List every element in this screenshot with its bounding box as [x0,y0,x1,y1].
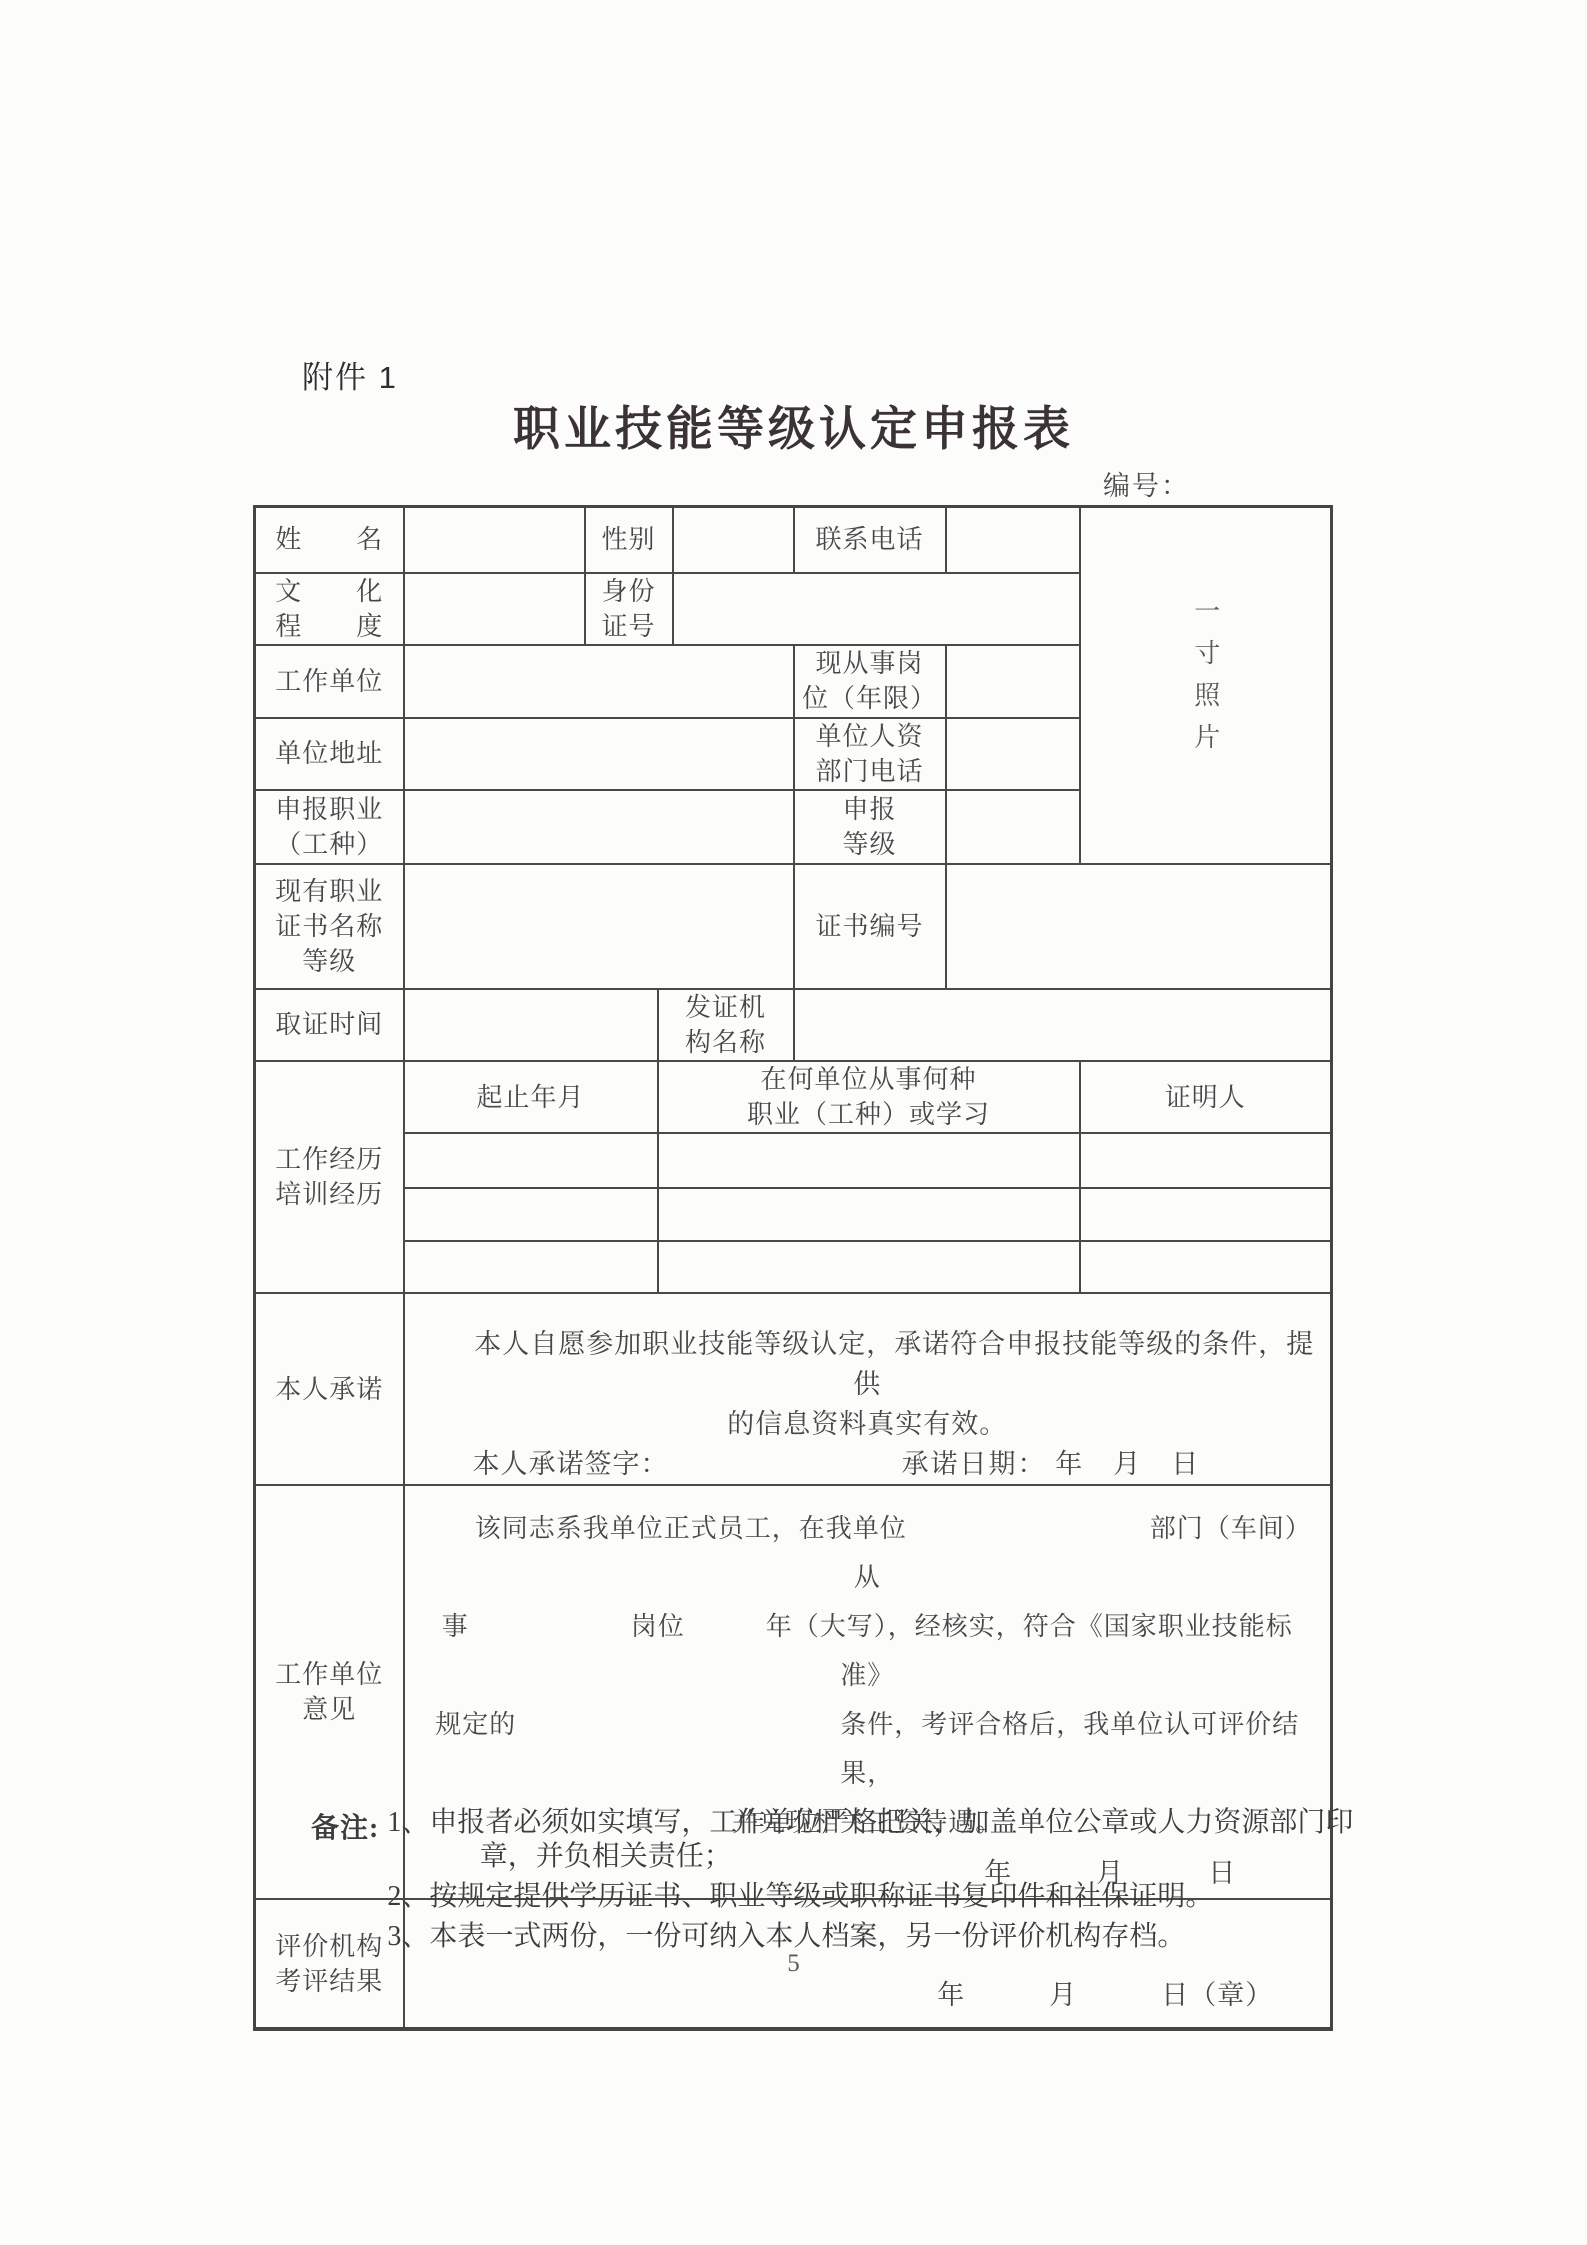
education-value-cell [404,573,585,645]
experience-row-2 [255,1188,1332,1241]
experience-label: 工作经历 培训经历 [255,1061,404,1293]
scanned-form-page: 附件 1 职业技能等级认定申报表 编号： 姓 名 性别 联系电话 一寸照片 文 … [0,0,1587,2245]
note-item-2: 2、按规定提供学历证书、职业等级或职称证书复印件和社保证明。 [387,1880,1386,1914]
address-value-cell [404,718,794,790]
occupation-value-cell [404,790,794,864]
cert-time-label: 取证时间 [255,989,404,1061]
photo-box: 一寸照片 [1080,507,1332,864]
phone-value-cell [946,507,1080,573]
occupation-label: 申报职业 （工种） [255,790,404,864]
row-cert-time: 取证时间 发证机 构名称 [255,989,1332,1061]
cert-time-value-cell [404,989,658,1061]
address-label: 单位地址 [255,718,404,790]
evaluation-date-blank: 年 月 日（章） [419,1977,1317,2013]
exp1-date-cell [404,1133,658,1188]
issuer-label: 发证机 构名称 [658,989,794,1061]
row-experience-header: 工作经历 培训经历 起止年月 在何单位从事何种 职业（工种）或学习 证明人 [255,1061,1332,1133]
row-commitment: 本人承诺 本人自愿参加职业技能等级认定，承诺符合申报技能等级的条件，提供 的信息… [255,1293,1332,1485]
hr-phone-label: 单位人资 部门电话 [794,718,946,790]
employer-opinion-body: 该同志系我单位正式员工，在我单位 部门（车间）从 事 岗位 年（大写），经核实，… [419,1504,1317,1847]
exp-col-witness: 证明人 [1080,1061,1332,1133]
certificate-value-cell [404,864,794,989]
application-form-table: 姓 名 性别 联系电话 一寸照片 文 化 程 度 身份 证号 工作单位 现从事岗… [253,505,1333,2031]
page-number: 5 [0,1950,1587,1978]
serial-number-label: 编号： [1103,464,1190,503]
experience-row-3 [255,1241,1332,1293]
certificate-number-label: 证书编号 [794,864,946,989]
commitment-sign-label: 本人承诺签字： [473,1444,669,1484]
declared-level-label: 申报 等级 [794,790,946,864]
id-number-label: 身份 证号 [585,573,673,645]
issuer-value-cell [794,989,1332,1061]
exp1-witness-cell [1080,1133,1332,1188]
phone-label: 联系电话 [794,507,946,573]
education-label: 文 化 程 度 [255,573,404,645]
current-position-value-cell [946,645,1080,718]
certificate-label: 现有职业 证书名称 等级 [255,864,404,989]
commitment-date-blank: 年 月 日 [1055,1449,1200,1479]
row-name: 姓 名 性别 联系电话 一寸照片 [255,507,1332,573]
exp3-witness-cell [1080,1241,1332,1293]
gender-value-cell [673,507,794,573]
name-value-cell [404,507,585,573]
employer-label: 工作单位 [255,645,404,718]
notes-label: 备注: [311,1806,379,1954]
name-label: 姓 名 [255,507,404,573]
notes-items: 1、申报者必须如实填写，工作单位严格把关，加盖单位公章或人力资源部门印章，并负相… [387,1806,1386,1954]
exp3-date-cell [404,1241,658,1293]
attachment-label: 附件 1 [302,352,398,397]
page-title: 职业技能等级认定申报表 [0,392,1587,459]
row-certificate: 现有职业 证书名称 等级 证书编号 [255,864,1332,989]
exp2-witness-cell [1080,1188,1332,1241]
note-item-1: 1、申报者必须如实填写，工作单位严格把关，加盖单位公章或人力资源部门印章，并负相… [387,1806,1386,1874]
exp2-desc-cell [658,1188,1080,1241]
notes-block: 备注: 1、申报者必须如实填写，工作单位严格把关，加盖单位公章或人力资源部门印章… [311,1806,1386,1954]
id-number-value-cell [673,573,1080,645]
photo-caption: 一寸照片 [1188,597,1223,765]
commitment-date-label: 承诺日期： [902,1449,1047,1479]
current-position-label: 现从事岗 位（年限） [794,645,946,718]
exp-col-desc: 在何单位从事何种 职业（工种）或学习 [658,1061,1080,1133]
experience-row-1 [255,1133,1332,1188]
gender-label: 性别 [585,507,673,573]
hr-phone-value-cell [946,718,1080,790]
exp-col-date: 起止年月 [404,1061,658,1133]
exp1-desc-cell [658,1133,1080,1188]
exp2-date-cell [404,1188,658,1241]
declared-level-value-cell [946,790,1080,864]
note-item-3: 3、本表一式两份，一份可纳入本人档案，另一份评价机构存档。 [387,1920,1386,1954]
certificate-number-value-cell [946,864,1332,989]
employer-value-cell [404,645,794,718]
commitment-body: 本人自愿参加职业技能等级认定，承诺符合申报技能等级的条件，提供 的信息资料真实有… [419,1324,1317,1444]
commitment-content-cell: 本人自愿参加职业技能等级认定，承诺符合申报技能等级的条件，提供 的信息资料真实有… [404,1293,1332,1485]
commitment-label: 本人承诺 [255,1293,404,1485]
exp3-desc-cell [658,1241,1080,1293]
